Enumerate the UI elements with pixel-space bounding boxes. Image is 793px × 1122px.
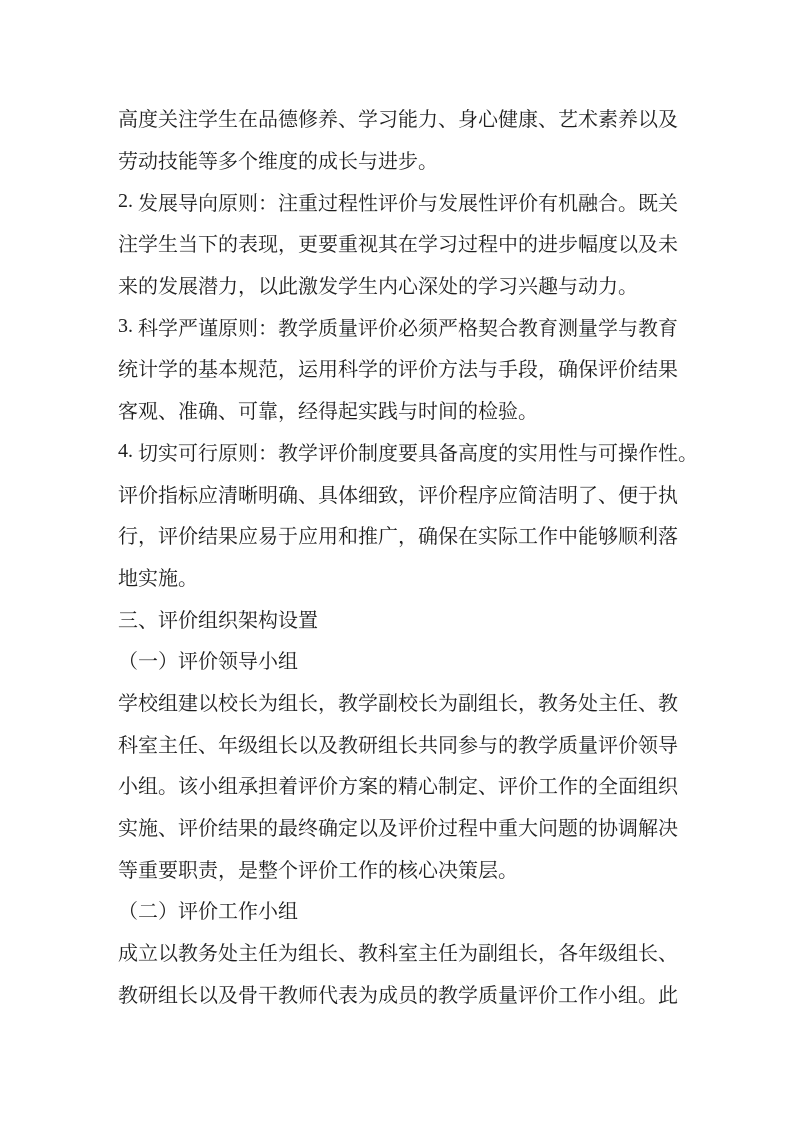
text-line: 科室主任、年级组长以及教研组长共同参与的教学质量评价领导 [118,722,676,764]
document-text-block: 高度关注学生在品德修养、学习能力、身心健康、艺术素养以及劳动技能等多个维度的成长… [118,97,676,1014]
text-line: （二）评价工作小组 [118,889,676,931]
text-line: 评价指标应清晰明确、具体细致，评价程序应简洁明了、便于执 [118,472,676,514]
text-line: 注学生当下的表现，更要重视其在学习过程中的进步幅度以及未 [118,222,676,264]
text-line: 等重要职责，是整个评价工作的核心决策层。 [118,847,676,889]
text-line: 来的发展潜力，以此激发学生内心深处的学习兴趣与动力。 [118,264,676,306]
text-line: 客观、准确、可靠，经得起实践与时间的检验。 [118,389,676,431]
text-line: 劳动技能等多个维度的成长与进步。 [118,139,676,181]
text-line: 3. 科学严谨原则：教学质量评价必须严格契合教育测量学与教育 [118,305,676,347]
text-line: 成立以教务处主任为组长、教科室主任为副组长，各年级组长、 [118,931,676,973]
text-line: 教研组长以及骨干教师代表为成员的教学质量评价工作小组。此 [118,972,676,1014]
text-line: 4. 切实可行原则：教学评价制度要具备高度的实用性与可操作性。 [118,431,676,473]
text-line: 地实施。 [118,556,676,598]
text-line: 三、评价组织架构设置 [118,597,676,639]
text-line: 学校组建以校长为组长，教学副校长为副组长，教务处主任、教 [118,681,676,723]
text-line: 实施、评价结果的最终确定以及评价过程中重大问题的协调解决 [118,806,676,848]
text-line: （一）评价领导小组 [118,639,676,681]
document-page: 高度关注学生在品德修养、学习能力、身心健康、艺术素养以及劳动技能等多个维度的成长… [0,0,793,1122]
text-line: 高度关注学生在品德修养、学习能力、身心健康、艺术素养以及 [118,97,676,139]
text-line: 2. 发展导向原则：注重过程性评价与发展性评价有机融合。既关 [118,180,676,222]
text-line: 小组。该小组承担着评价方案的精心制定、评价工作的全面组织 [118,764,676,806]
text-line: 行，评价结果应易于应用和推广，确保在实际工作中能够顺利落 [118,514,676,556]
text-line: 统计学的基本规范，运用科学的评价方法与手段，确保评价结果 [118,347,676,389]
